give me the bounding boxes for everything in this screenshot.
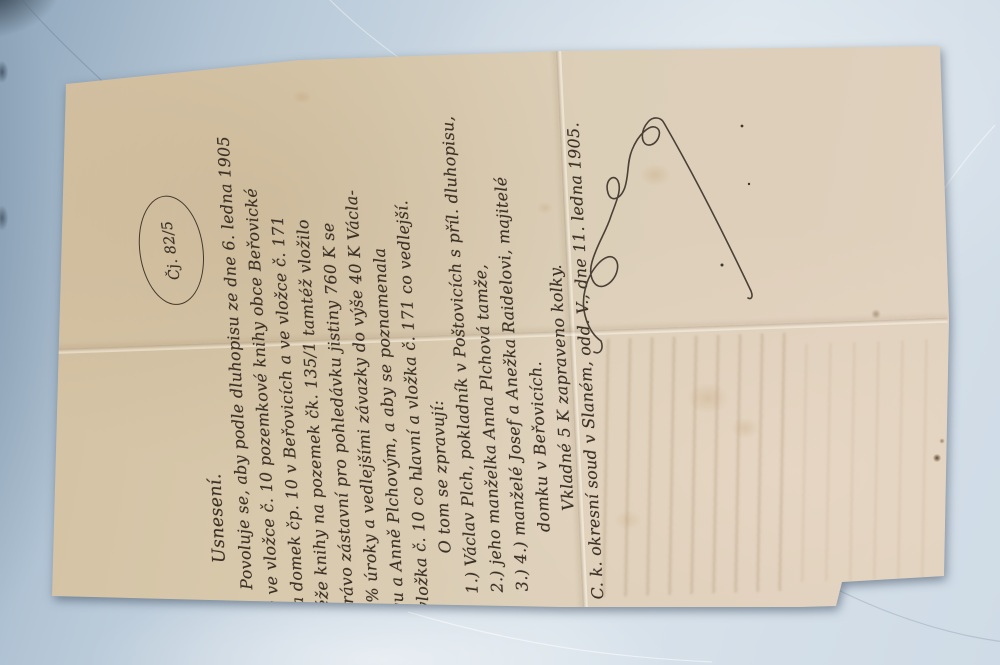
signature-flourish: [0, 0, 1000, 665]
ink-dot: [721, 264, 724, 267]
paper-sheet: Čj. 82/5 Usnesení. Povoluje se, aby podl…: [0, 0, 1000, 665]
signature-stroke: [583, 118, 752, 353]
ink-dot: [748, 183, 750, 185]
letter-paper: Čj. 82/5 Usnesení. Povoluje se, aby podl…: [0, 0, 1000, 665]
ink-dot: [741, 125, 744, 128]
photo-scene: Čj. 82/5 Usnesení. Povoluje se, aby podl…: [0, 0, 1000, 665]
